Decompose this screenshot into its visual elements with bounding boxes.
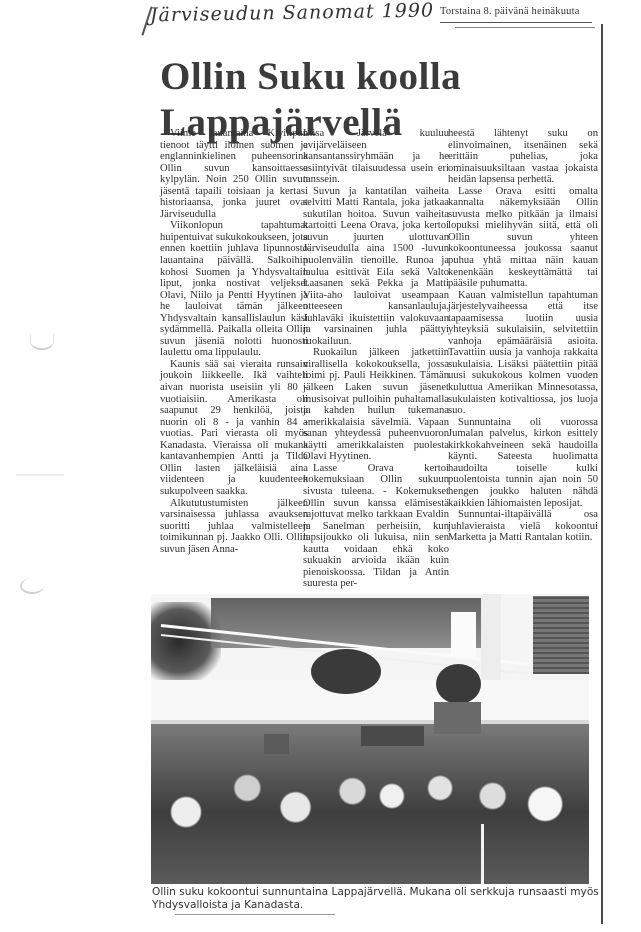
paragraph: Kaunis sää sai vieraita runsain joukoin … [160, 359, 308, 498]
photo-wall-art [264, 734, 289, 754]
article-column-1: Viime lauantaina Kivitipun tienoot täytt… [160, 128, 308, 555]
margin-smudge [16, 474, 64, 476]
event-photo [151, 594, 589, 884]
photo-wall-art [434, 702, 481, 734]
headline-line-1: Ollin Suku koolla [160, 54, 580, 100]
photo-caption: Ollin suku kokoontui sunnuntaina Lappajä… [152, 886, 602, 912]
paragraph: Viime lauantaina Kivitipun tienoot täytt… [160, 128, 308, 220]
paragraph: Lasse Orava kertoi kokemuksiaan Ollin su… [303, 463, 449, 590]
article-column-2: Liisa Järvelä kuuluu evijärveläiseen kan… [303, 128, 449, 590]
paragraph: Liisa Järvelä kuuluu evijärveläiseen kan… [303, 128, 449, 186]
photo-plant [311, 649, 381, 694]
photo-door [451, 612, 476, 657]
paragraph: Sunnuntaina oli vuorossa Jumalan palvelu… [448, 417, 598, 509]
paragraph: Sunnuntai-iltapäivällä osa juhlavieraist… [448, 509, 598, 544]
punch-hole-mark [20, 578, 44, 594]
handwritten-source-note: Järviseudun Sanomat 1990 [150, 0, 420, 34]
photo-wall-art [361, 726, 424, 746]
punch-hole-mark [30, 334, 54, 350]
paragraph: Viikonlopun tapahtumat huipentuivat suku… [160, 220, 308, 359]
photo-seated-crowd [151, 724, 589, 884]
paragraph: Suvun ja kantatilan vaiheita selvitti Ma… [303, 186, 449, 348]
photo-pillar [481, 594, 501, 684]
paragraph: Alkututustumisten jälkeen varsinaisessa … [160, 498, 308, 556]
caption-rule [175, 914, 335, 915]
photo-plant [436, 664, 481, 704]
paragraph: Kauan valmistellun tapahtuman järjestely… [448, 290, 598, 417]
paragraph: heestä lähtenyt suku on elinvoimainen, i… [448, 128, 598, 186]
dateline-rule [455, 27, 595, 28]
photo-camera-tripod [481, 824, 484, 884]
dateline: Torstaina 8. päivänä heinäkuuta [440, 6, 592, 23]
paragraph: Ruokailun jälkeen jatkettiin virallisell… [303, 347, 449, 462]
newspaper-clipping: Järviseudun Sanomat 1990 Torstaina 8. pä… [0, 0, 641, 932]
photo-brick-wall [533, 596, 589, 674]
column-rule [601, 24, 603, 924]
article-column-3: heestä lähtenyt suku on elinvoimainen, i… [448, 128, 598, 544]
paragraph: Lasse Orava esitti omalta kannalta näkem… [448, 186, 598, 290]
